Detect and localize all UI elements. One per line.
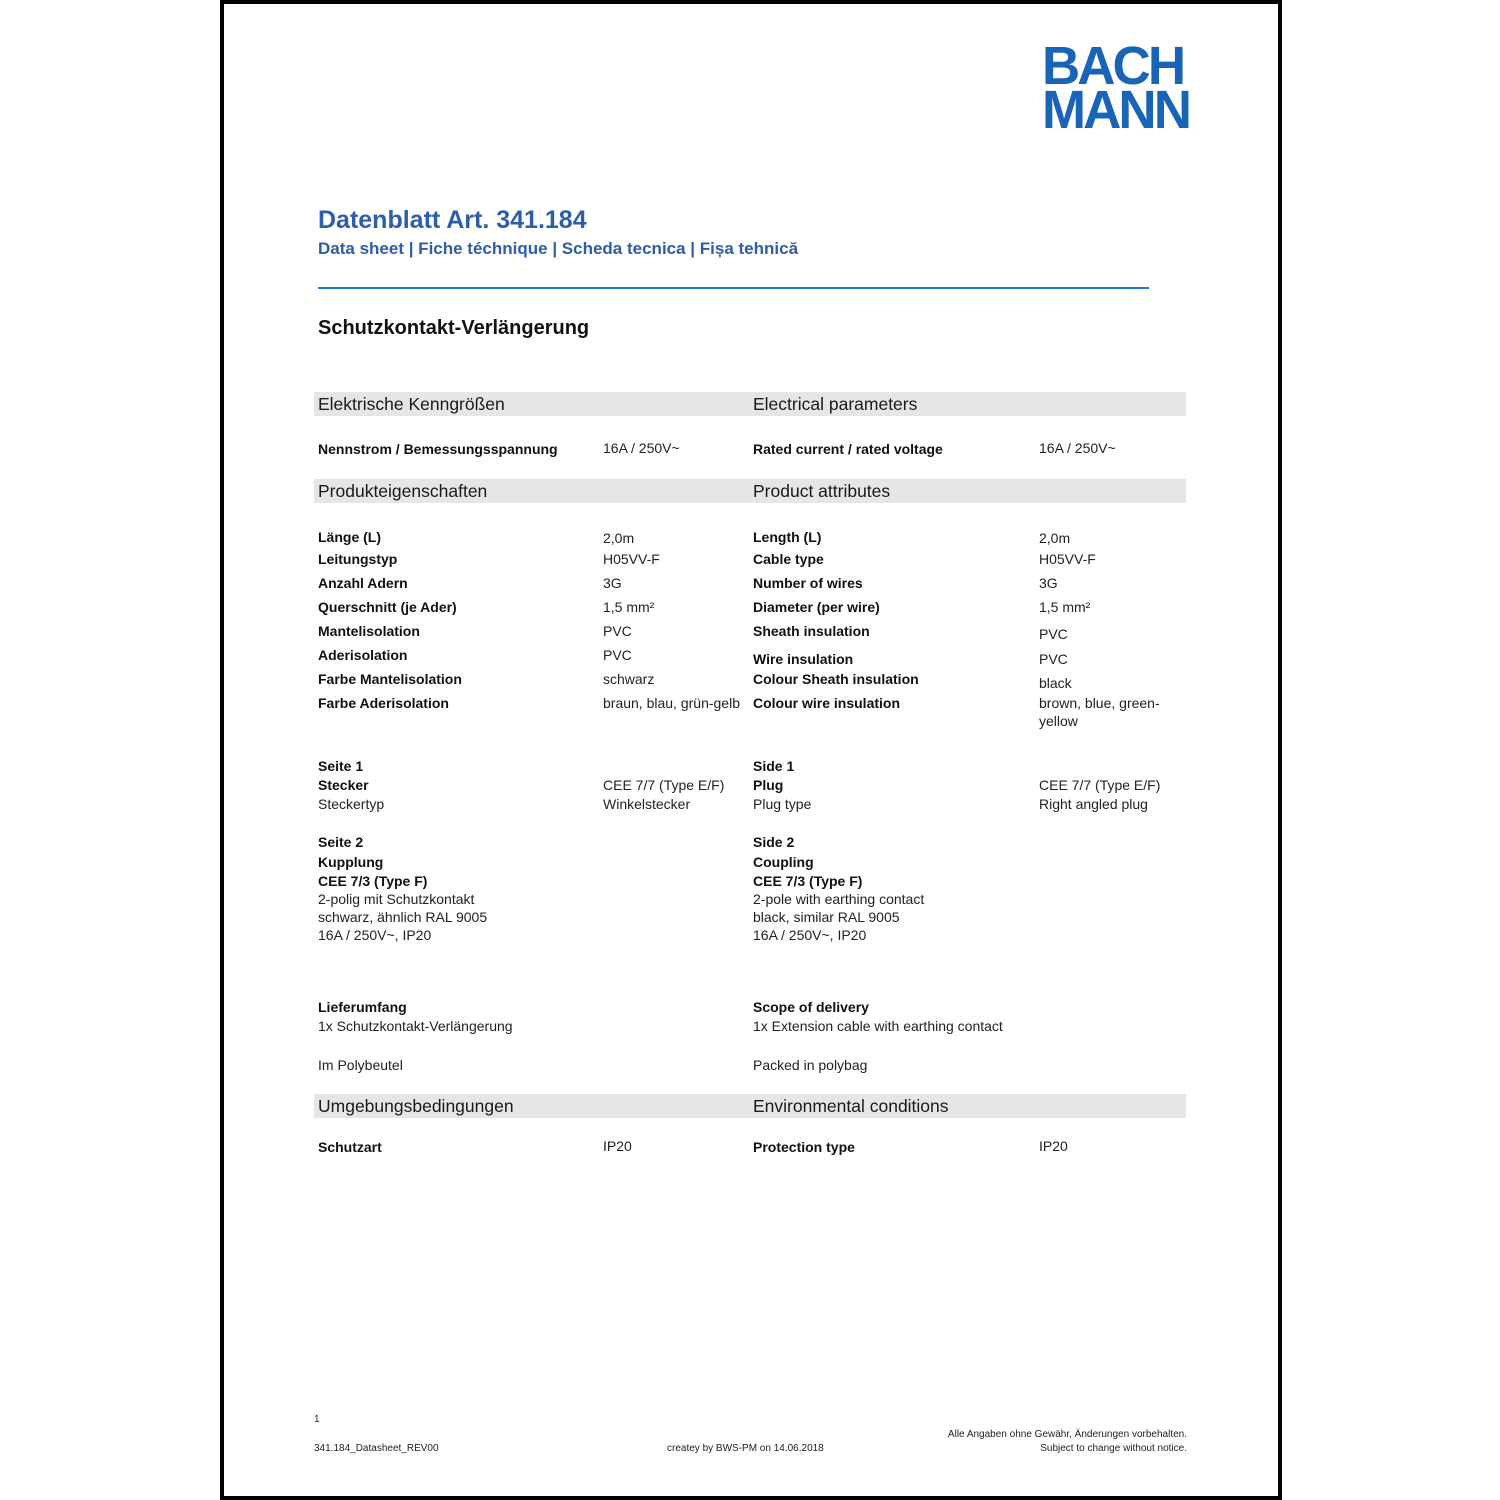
page-number: 1 <box>314 1414 320 1425</box>
spec-label: Colour wire insulation <box>753 695 900 711</box>
side1-type-label: Steckertyp <box>318 796 384 812</box>
page-title: Datenblatt Art. 341.184 <box>318 206 587 235</box>
spec-label: Colour Sheath insulation <box>753 671 919 687</box>
spec-value: yellow <box>1039 713 1078 729</box>
delivery-heading: Lieferumfang <box>318 999 407 1015</box>
side1-type-value: Winkelstecker <box>603 796 690 812</box>
section-heading-de: Produkteigenschaften <box>318 481 487 502</box>
spec-label: Querschnitt (je Ader) <box>318 599 457 615</box>
logo-line-2: MANN <box>1042 88 1187 132</box>
created-by: createy by BWS-PM on 14.06.2018 <box>667 1443 824 1454</box>
side1-heading: Side 1 <box>753 758 794 774</box>
side1-sub-value: CEE 7/7 (Type E/F) <box>603 777 724 793</box>
spec-label: Cable type <box>753 551 824 567</box>
side2-type: CEE 7/3 (Type F) <box>318 873 427 889</box>
spec-label: Rated current / rated voltage <box>753 441 943 457</box>
side2-line: schwarz, ähnlich RAL 9005 <box>318 909 487 925</box>
delivery-heading: Scope of delivery <box>753 999 869 1015</box>
side1-type-label: Plug type <box>753 796 811 812</box>
spec-value: 3G <box>603 575 622 591</box>
spec-label: Wire insulation <box>753 651 853 667</box>
spec-value: PVC <box>603 647 632 663</box>
side2-type: CEE 7/3 (Type F) <box>753 873 862 889</box>
spec-label: Schutzart <box>318 1139 382 1155</box>
spec-label: Anzahl Adern <box>318 575 408 591</box>
side1-sub: Plug <box>753 777 783 793</box>
side1-heading: Seite 1 <box>318 758 363 774</box>
spec-value: braun, blau, grün-gelb <box>603 695 740 711</box>
section-heading-en: Electrical parameters <box>753 394 917 415</box>
document-id: 341.184_Datasheet_REV00 <box>314 1443 439 1454</box>
spec-value: PVC <box>1039 651 1068 667</box>
spec-value: 2,0m <box>1039 530 1070 546</box>
side2-heading: Seite 2 <box>318 834 363 850</box>
delivery-packing: Packed in polybag <box>753 1057 867 1073</box>
spec-value: 16A / 250V~ <box>603 440 680 456</box>
side1-sub-value: CEE 7/7 (Type E/F) <box>1039 777 1160 793</box>
spec-value: 3G <box>1039 575 1058 591</box>
section-band-environment: Umgebungsbedingungen Environmental condi… <box>314 1094 1186 1118</box>
spec-value: PVC <box>1039 626 1068 642</box>
bachmann-logo: BACH MANN <box>1042 44 1187 132</box>
section-band-product: Produkteigenschaften Product attributes <box>314 479 1186 503</box>
spec-label: Farbe Mantelisolation <box>318 671 462 687</box>
spec-label: Mantelisolation <box>318 623 420 639</box>
spec-label: Leitungstyp <box>318 551 397 567</box>
section-heading-en: Environmental conditions <box>753 1096 949 1117</box>
section-heading-de: Elektrische Kenngrößen <box>318 394 505 415</box>
disclaimer-de: Alle Angaben ohne Gewähr, Änderungen vor… <box>948 1429 1187 1440</box>
spec-value: 2,0m <box>603 530 634 546</box>
side2-line: 16A / 250V~, IP20 <box>318 927 431 943</box>
side2-sub: Coupling <box>753 854 814 870</box>
spec-label: Number of wires <box>753 575 863 591</box>
side2-line: 2-pole with earthing contact <box>753 891 924 907</box>
section-heading-de: Umgebungsbedingungen <box>318 1096 514 1117</box>
page-subtitle: Data sheet | Fiche téchnique | Scheda te… <box>318 239 798 259</box>
spec-value: IP20 <box>1039 1138 1068 1154</box>
spec-value: H05VV-F <box>1039 551 1096 567</box>
spec-value: 1,5 mm² <box>1039 599 1090 615</box>
spec-label: Sheath insulation <box>753 623 870 639</box>
spec-value: PVC <box>603 623 632 639</box>
side2-line: 2-polig mit Schutzkontakt <box>318 891 474 907</box>
spec-value: brown, blue, green- <box>1039 695 1160 711</box>
spec-value: 16A / 250V~ <box>1039 440 1116 456</box>
spec-value: H05VV-F <box>603 551 660 567</box>
delivery-packing: Im Polybeutel <box>318 1057 403 1073</box>
section-band-electrical: Elektrische Kenngrößen Electrical parame… <box>314 392 1186 416</box>
product-name: Schutzkontakt-Verlängerung <box>318 317 589 340</box>
disclaimer-en: Subject to change without notice. <box>1040 1443 1187 1454</box>
side1-sub: Stecker <box>318 777 369 793</box>
spec-label: Nennstrom / Bemessungsspannung <box>318 441 558 457</box>
spec-value: black <box>1039 675 1072 691</box>
spec-value: schwarz <box>603 671 654 687</box>
spec-label: Diameter (per wire) <box>753 599 880 615</box>
side2-heading: Side 2 <box>753 834 794 850</box>
spec-label: Protection type <box>753 1139 855 1155</box>
spec-value: 1,5 mm² <box>603 599 654 615</box>
spec-label: Farbe Aderisolation <box>318 695 449 711</box>
spec-label: Length (L) <box>753 529 821 545</box>
side2-line: black, similar RAL 9005 <box>753 909 900 925</box>
side2-line: 16A / 250V~, IP20 <box>753 927 866 943</box>
header-divider <box>318 287 1149 289</box>
spec-label: Länge (L) <box>318 529 381 545</box>
spec-value: IP20 <box>603 1138 632 1154</box>
spec-label: Aderisolation <box>318 647 407 663</box>
side2-sub: Kupplung <box>318 854 383 870</box>
delivery-item: 1x Schutzkontakt-Verlängerung <box>318 1018 513 1034</box>
section-heading-en: Product attributes <box>753 481 890 502</box>
delivery-item: 1x Extension cable with earthing contact <box>753 1018 1003 1034</box>
side1-type-value: Right angled plug <box>1039 796 1148 812</box>
